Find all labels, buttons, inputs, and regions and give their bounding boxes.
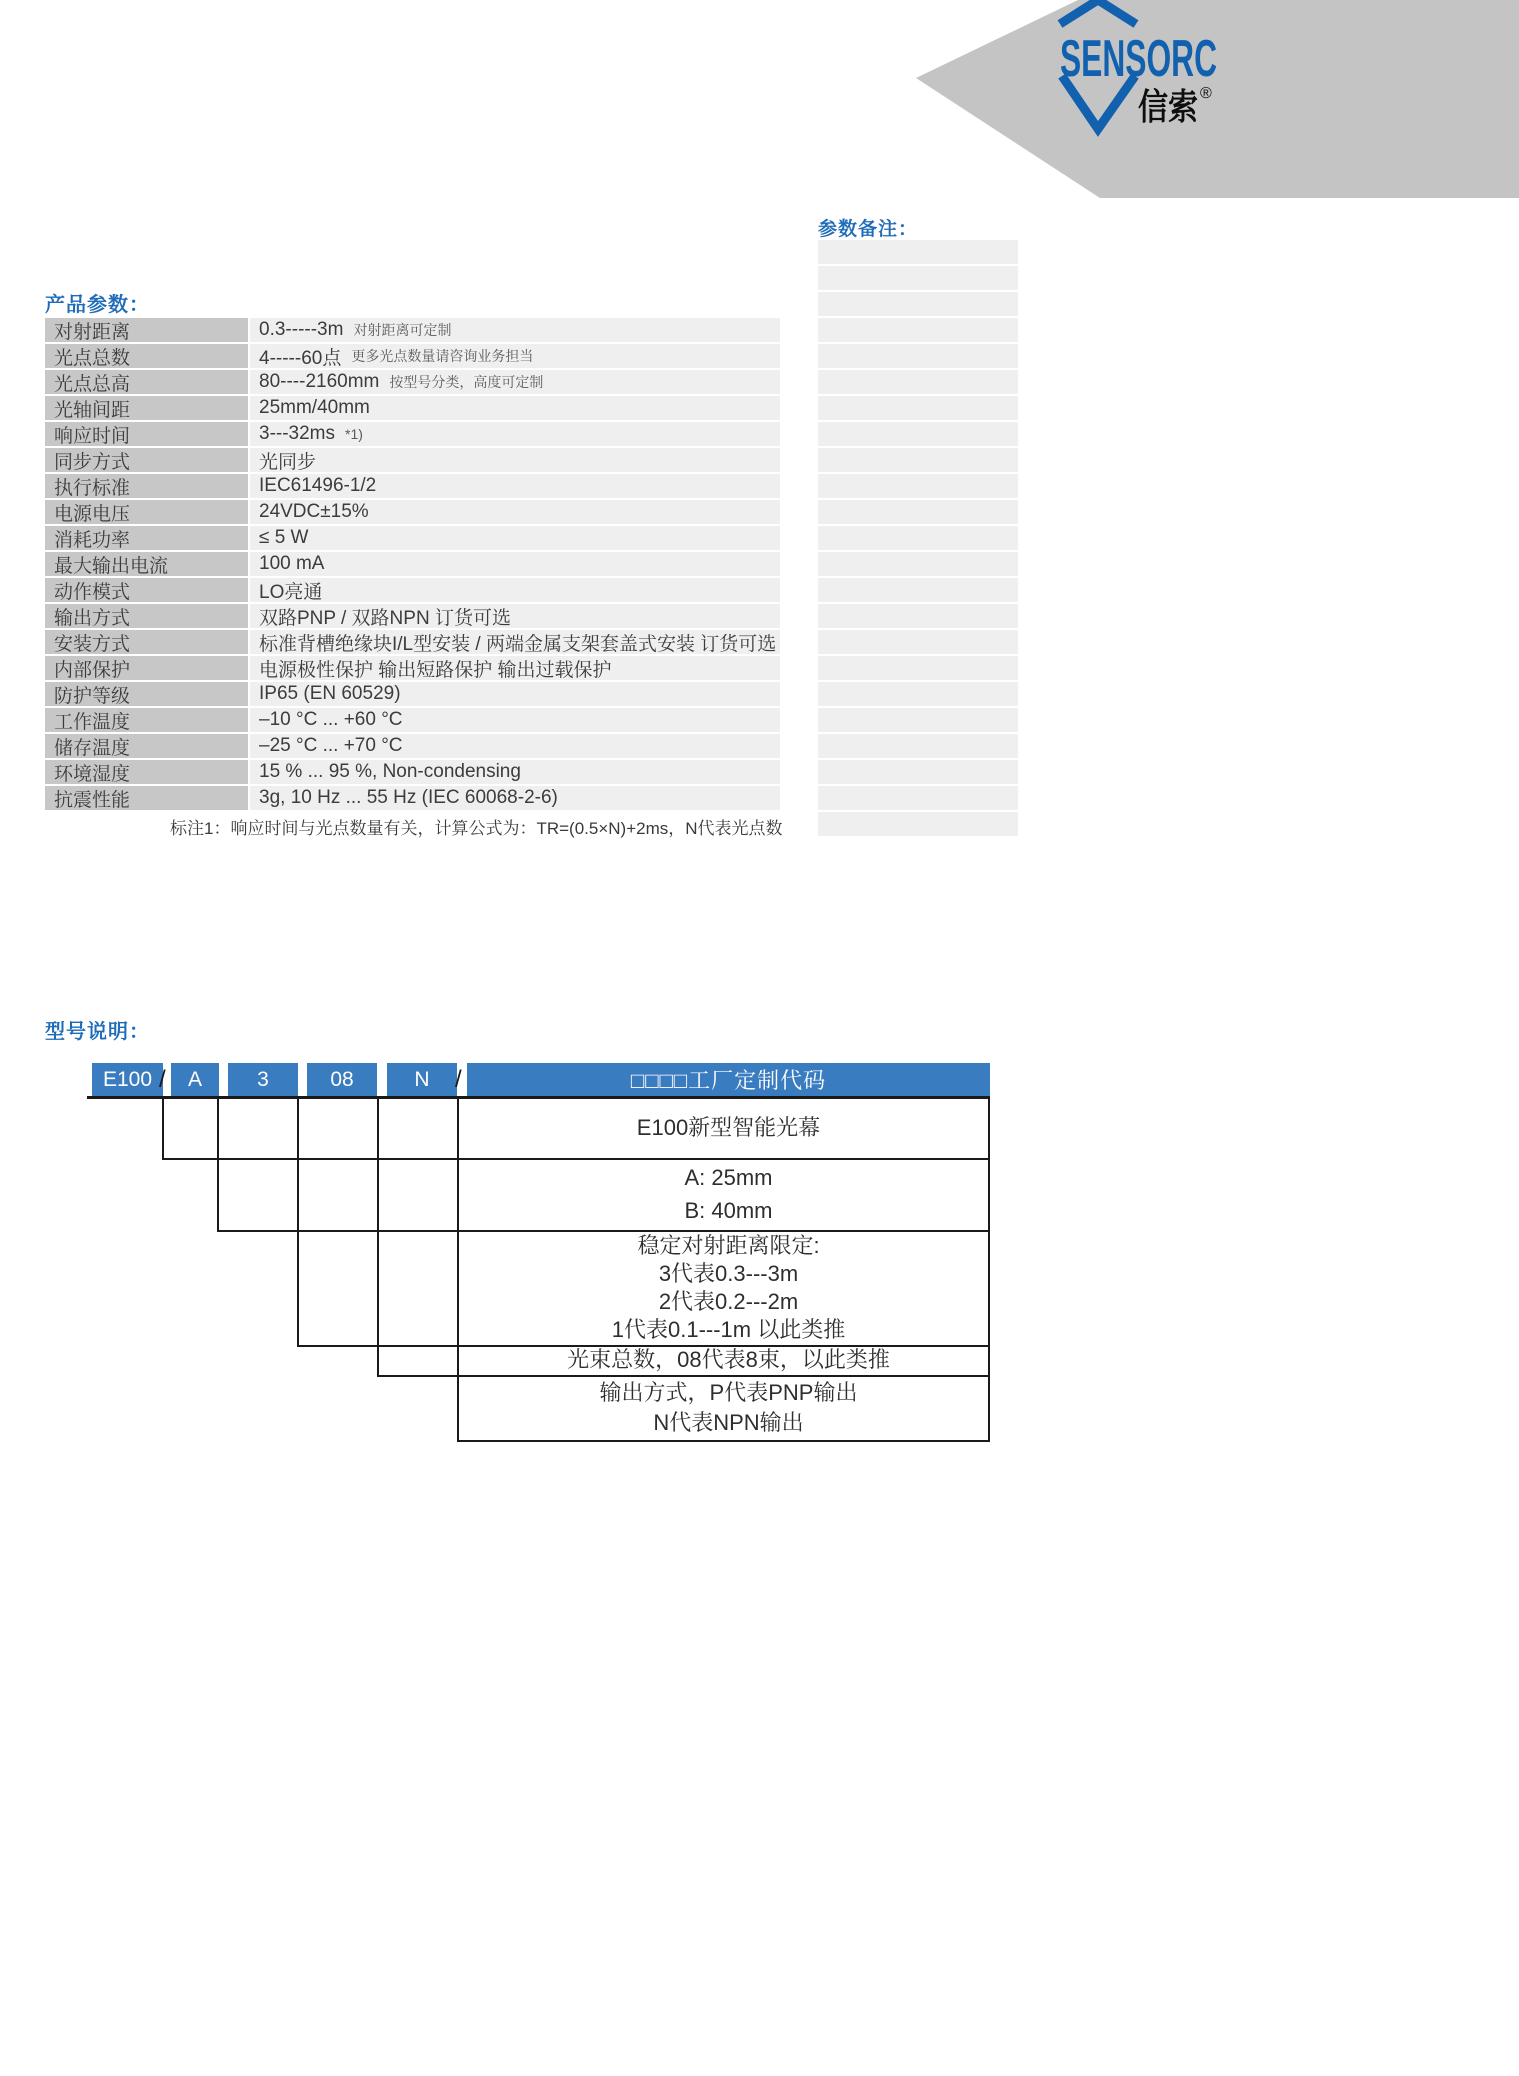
connector-line	[87, 1096, 168, 1099]
datasheet-page: SENSORC 信索 ® 产品参数： 参数备注： 型号说明： 对射距离0.3--…	[0, 0, 1519, 2076]
connector-line	[297, 1097, 299, 1345]
param-value-text: 0.3-----3m	[259, 319, 343, 341]
remarks-stripe	[818, 630, 1018, 654]
model-segment-box: 3	[228, 1063, 298, 1096]
model-segment-box: N	[387, 1063, 457, 1096]
model-description-line: A: 25mm	[467, 1161, 990, 1194]
remarks-stripe	[818, 552, 1018, 576]
param-label-cell: 最大输出电流	[45, 552, 248, 576]
model-description-line: 稳定对射距离限定:	[467, 1232, 990, 1260]
param-value-cell: 3---32ms*1)	[250, 422, 780, 446]
connector-line	[223, 1096, 303, 1099]
model-description: A: 25mmB: 40mm	[467, 1158, 990, 1230]
param-label-cell: 环境湿度	[45, 760, 248, 784]
param-value-cell: IP65 (EN 60529)	[250, 682, 780, 706]
connector-line	[457, 1097, 459, 1440]
remarks-stripe	[818, 656, 1018, 680]
param-label-cell: 内部保护	[45, 656, 248, 680]
param-label-cell: 安装方式	[45, 630, 248, 654]
param-value-text: 电源极性保护 输出短路保护 输出过载保护	[259, 655, 612, 682]
model-description-line: 2代表0.2---2m	[467, 1288, 990, 1316]
remarks-stripe	[818, 604, 1018, 628]
param-value-text: –10 °C ... +60 °C	[259, 709, 403, 731]
connector-line	[462, 1096, 990, 1099]
slash-separator: /	[159, 1063, 166, 1096]
remarks-stripe	[818, 812, 1018, 836]
model-description-line: 1代表0.1---1m 以此类推	[467, 1316, 990, 1344]
param-label-cell: 抗震性能	[45, 786, 248, 810]
param-value-cell: –10 °C ... +60 °C	[250, 708, 780, 732]
model-description-line: B: 40mm	[467, 1194, 990, 1227]
param-value-text: 标准背槽绝缘块I/L型安装 / 两端金属支架套盖式安装 订货可选	[259, 629, 776, 656]
connector-line	[166, 1096, 224, 1099]
connector-line	[457, 1440, 990, 1442]
param-value-cell: IEC61496-1/2	[250, 474, 780, 498]
remarks-stripe	[818, 240, 1018, 264]
param-value-text: 80----2160mm	[259, 371, 379, 393]
param-value-text: 光同步	[259, 447, 316, 474]
param-label-cell: 光点总数	[45, 344, 248, 368]
remarks-stripe	[818, 500, 1018, 524]
param-label-cell: 光点总高	[45, 370, 248, 394]
param-value-text: –25 °C ... +70 °C	[259, 735, 403, 757]
param-value-cell: 光同步	[250, 448, 780, 472]
model-segment-box: 08	[307, 1063, 377, 1096]
model-segment-box: E100	[92, 1063, 163, 1096]
model-description: 稳定对射距离限定:3代表0.3---3m2代表0.2---2m1代表0.1---…	[467, 1230, 990, 1345]
param-value-cell: ≤ 5 W	[250, 526, 780, 550]
param-label-cell: 消耗功率	[45, 526, 248, 550]
remarks-stripe	[818, 422, 1018, 446]
param-label-cell: 工作温度	[45, 708, 248, 732]
param-value-text: 15 % ... 95 %, Non-condensing	[259, 761, 521, 783]
model-description-line: 3代表0.3---3m	[467, 1260, 990, 1288]
param-value-cell: 24VDC±15%	[250, 500, 780, 524]
model-description-line: E100新型智能光幕	[467, 1113, 990, 1143]
param-value-cell: 标准背槽绝缘块I/L型安装 / 两端金属支架套盖式安装 订货可选	[250, 630, 780, 654]
remarks-stripe	[818, 396, 1018, 420]
param-value-text: IP65 (EN 60529)	[259, 683, 401, 705]
param-value-cell: 0.3-----3m对射距离可定制	[250, 318, 780, 342]
param-note: 按型号分类，高度可定制	[389, 372, 543, 392]
param-value-cell: 100 mA	[250, 552, 780, 576]
model-custom-box: □□□□工厂定制代码	[467, 1063, 990, 1096]
param-label-cell: 对射距离	[45, 318, 248, 342]
model-description-line: 输出方式，P代表PNP输出	[467, 1378, 990, 1408]
remarks-stripe	[818, 734, 1018, 758]
remarks-stripe	[818, 370, 1018, 394]
remarks-stripe	[818, 448, 1018, 472]
model-description-line: N代表NPN输出	[467, 1408, 990, 1438]
param-label-cell: 响应时间	[45, 422, 248, 446]
param-value-cell: 4-----60点更多光点数量请咨询业务担当	[250, 344, 780, 368]
shield-icon	[1060, 0, 1136, 24]
model-description: E100新型智能光幕	[467, 1097, 990, 1158]
param-value-cell: 电源极性保护 输出短路保护 输出过载保护	[250, 656, 780, 680]
model-description: 输出方式，P代表PNP输出N代表NPN输出	[467, 1375, 990, 1440]
param-value-cell: 80----2160mm按型号分类，高度可定制	[250, 370, 780, 394]
connector-line	[377, 1097, 379, 1375]
registered-mark: ®	[1200, 85, 1212, 102]
remarks-stripe	[818, 292, 1018, 316]
section-title-param-remarks: 参数备注：	[818, 214, 918, 241]
param-value-cell: 15 % ... 95 %, Non-condensing	[250, 760, 780, 784]
brand-logo: SENSORC 信索 ®	[1040, 0, 1230, 140]
param-value-text: 24VDC±15%	[259, 501, 369, 523]
brand-cn: 信索	[1138, 86, 1198, 127]
param-label-cell: 储存温度	[45, 734, 248, 758]
remarks-stripe	[818, 266, 1018, 290]
section-title-model-explanation: 型号说明：	[45, 1015, 150, 1044]
connector-line	[382, 1096, 462, 1099]
connector-line	[162, 1097, 164, 1158]
param-note: *1)	[345, 426, 363, 442]
param-value-cell: 3g, 10 Hz ... 55 Hz (IEC 60068-2-6)	[250, 786, 780, 810]
model-description: 光束总数，08代表8束，以此类推	[467, 1345, 990, 1375]
section-title-product-params: 产品参数：	[45, 288, 150, 317]
param-value-text: IEC61496-1/2	[259, 475, 376, 497]
param-label-cell: 同步方式	[45, 448, 248, 472]
param-value-text: 25mm/40mm	[259, 397, 370, 419]
param-value-cell: 双路PNP / 双路NPN 订货可选	[250, 604, 780, 628]
param-value-text: 双路PNP / 双路NPN 订货可选	[259, 603, 511, 630]
remarks-stripe	[818, 474, 1018, 498]
param-value-text: ≤ 5 W	[259, 527, 309, 549]
param-value-text: 3---32ms	[259, 423, 335, 445]
remarks-stripe	[818, 526, 1018, 550]
param-label-cell: 防护等级	[45, 682, 248, 706]
param-value-text: 4-----60点	[259, 343, 341, 370]
remarks-stripe	[818, 786, 1018, 810]
param-value-cell: LO亮通	[250, 578, 780, 602]
connector-line	[302, 1096, 382, 1099]
remarks-stripe	[818, 708, 1018, 732]
remarks-stripe	[818, 682, 1018, 706]
param-value-text: 3g, 10 Hz ... 55 Hz (IEC 60068-2-6)	[259, 787, 558, 809]
remarks-stripe	[818, 318, 1018, 342]
model-segment-box: A	[171, 1063, 219, 1096]
model-description-line: 光束总数，08代表8束，以此类推	[467, 1345, 990, 1375]
remarks-stripe	[818, 760, 1018, 784]
param-label-cell: 执行标准	[45, 474, 248, 498]
footnote: 标注1：响应时间与光点数量有关，计算公式为：TR=(0.5×N)+2ms，N代表…	[170, 814, 783, 839]
param-value-cell: –25 °C ... +70 °C	[250, 734, 780, 758]
param-note: 对射距离可定制	[353, 320, 451, 340]
connector-line	[217, 1097, 219, 1230]
param-value-text: 100 mA	[259, 553, 324, 575]
param-label-cell: 输出方式	[45, 604, 248, 628]
param-label-cell: 光轴间距	[45, 396, 248, 420]
param-value-cell: 25mm/40mm	[250, 396, 780, 420]
slash-separator: /	[455, 1063, 462, 1096]
remarks-stripe	[818, 344, 1018, 368]
param-note: 更多光点数量请咨询业务担当	[351, 346, 533, 366]
remarks-stripe	[818, 578, 1018, 602]
param-label-cell: 动作模式	[45, 578, 248, 602]
param-label-cell: 电源电压	[45, 500, 248, 524]
sensorc-wordmark: SENSORC	[1060, 30, 1217, 88]
param-value-text: LO亮通	[259, 577, 322, 604]
